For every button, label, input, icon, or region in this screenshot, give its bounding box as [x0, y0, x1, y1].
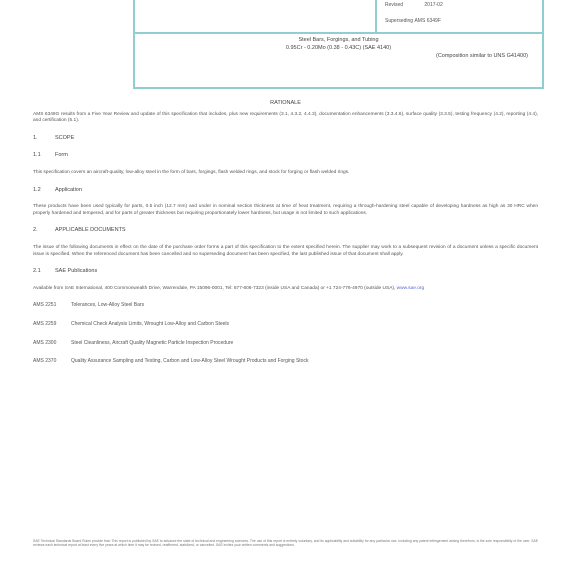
header-meta-row: Superseding AMS 6349F	[385, 18, 441, 24]
reference-title: Chemical Check Analysis Limits, Wrought …	[71, 321, 229, 327]
header-meta-panel: Revised 2017-02 Superseding AMS 6349F	[375, 0, 542, 32]
reference-item: AMS 2251Tolerances, Low-Alloy Steel Bars	[33, 302, 538, 309]
reference-title: Quality Assurance Sampling and Testing, …	[71, 358, 308, 364]
meta-label: Revised	[385, 2, 423, 8]
reference-code: AMS 2370	[33, 358, 71, 365]
section-number: 1.1	[33, 152, 55, 159]
section-text: These products have been used typically …	[33, 204, 538, 217]
section-title: APPLICABLE DOCUMENTS	[55, 227, 126, 233]
document-title: Steel Bars, Forgings, and Tubing 0.95Cr …	[135, 36, 542, 60]
meta-label: Superseding	[385, 18, 413, 24]
publisher-info: Available from SAE International, 400 Co…	[33, 286, 397, 291]
rationale-heading: RATIONALE	[33, 100, 538, 107]
section-number: 1.2	[33, 187, 55, 194]
title-line: (Composition similar to UNS G41400)	[135, 52, 542, 60]
reference-item: AMS 2370Quality Assurance Sampling and T…	[33, 358, 538, 365]
meta-value: AMS 6349F	[414, 18, 440, 24]
meta-value: 2017-02	[424, 2, 442, 8]
section-number: 2.1	[33, 268, 55, 275]
header-meta-row: Revised 2017-02	[385, 2, 443, 8]
section-number: 1.	[33, 135, 55, 142]
section-heading: 1.2Application	[33, 187, 538, 194]
section-text: The issue of the following documents in …	[33, 245, 538, 258]
section-heading: 1.1Form	[33, 152, 538, 159]
document-body: RATIONALE AMS 6349G results from a Five …	[33, 100, 538, 377]
section-heading: 1.SCOPE	[33, 135, 538, 142]
section-text: This specification covers an aircraft-qu…	[33, 170, 538, 177]
reference-code: AMS 2251	[33, 302, 71, 309]
section-text: Available from SAE International, 400 Co…	[33, 286, 538, 293]
rationale-text: AMS 6349G results from a Five Year Revie…	[33, 112, 538, 125]
section-title: SCOPE	[55, 135, 74, 141]
reference-title: Steel Cleanliness, Aircraft Quality Magn…	[71, 340, 233, 346]
section-title: Form	[55, 152, 68, 158]
header-top-band: Revised 2017-02 Superseding AMS 6349F	[135, 0, 542, 34]
reference-code: AMS 2259	[33, 321, 71, 328]
section-title: Application	[55, 187, 82, 193]
section-title: SAE Publications	[55, 268, 97, 274]
title-line: 0.95Cr - 0.20Mo (0.38 - 0.43C) (SAE 4140…	[135, 44, 542, 52]
section-heading: 2.APPLICABLE DOCUMENTS	[33, 227, 538, 234]
section-heading: 2.1SAE Publications	[33, 268, 538, 275]
footer-notice: SAE Technical Standards Board Rules prov…	[33, 539, 538, 548]
document-header-box: Revised 2017-02 Superseding AMS 6349F St…	[133, 0, 544, 89]
reference-item: AMS 2300Steel Cleanliness, Aircraft Qual…	[33, 340, 538, 347]
reference-title: Tolerances, Low-Alloy Steel Bars	[71, 302, 144, 308]
reference-item: AMS 2259Chemical Check Analysis Limits, …	[33, 321, 538, 328]
reference-code: AMS 2300	[33, 340, 71, 347]
title-line: Steel Bars, Forgings, and Tubing	[135, 36, 542, 44]
sae-website-link[interactable]: www.sae.org	[397, 286, 424, 291]
section-number: 2.	[33, 227, 55, 234]
